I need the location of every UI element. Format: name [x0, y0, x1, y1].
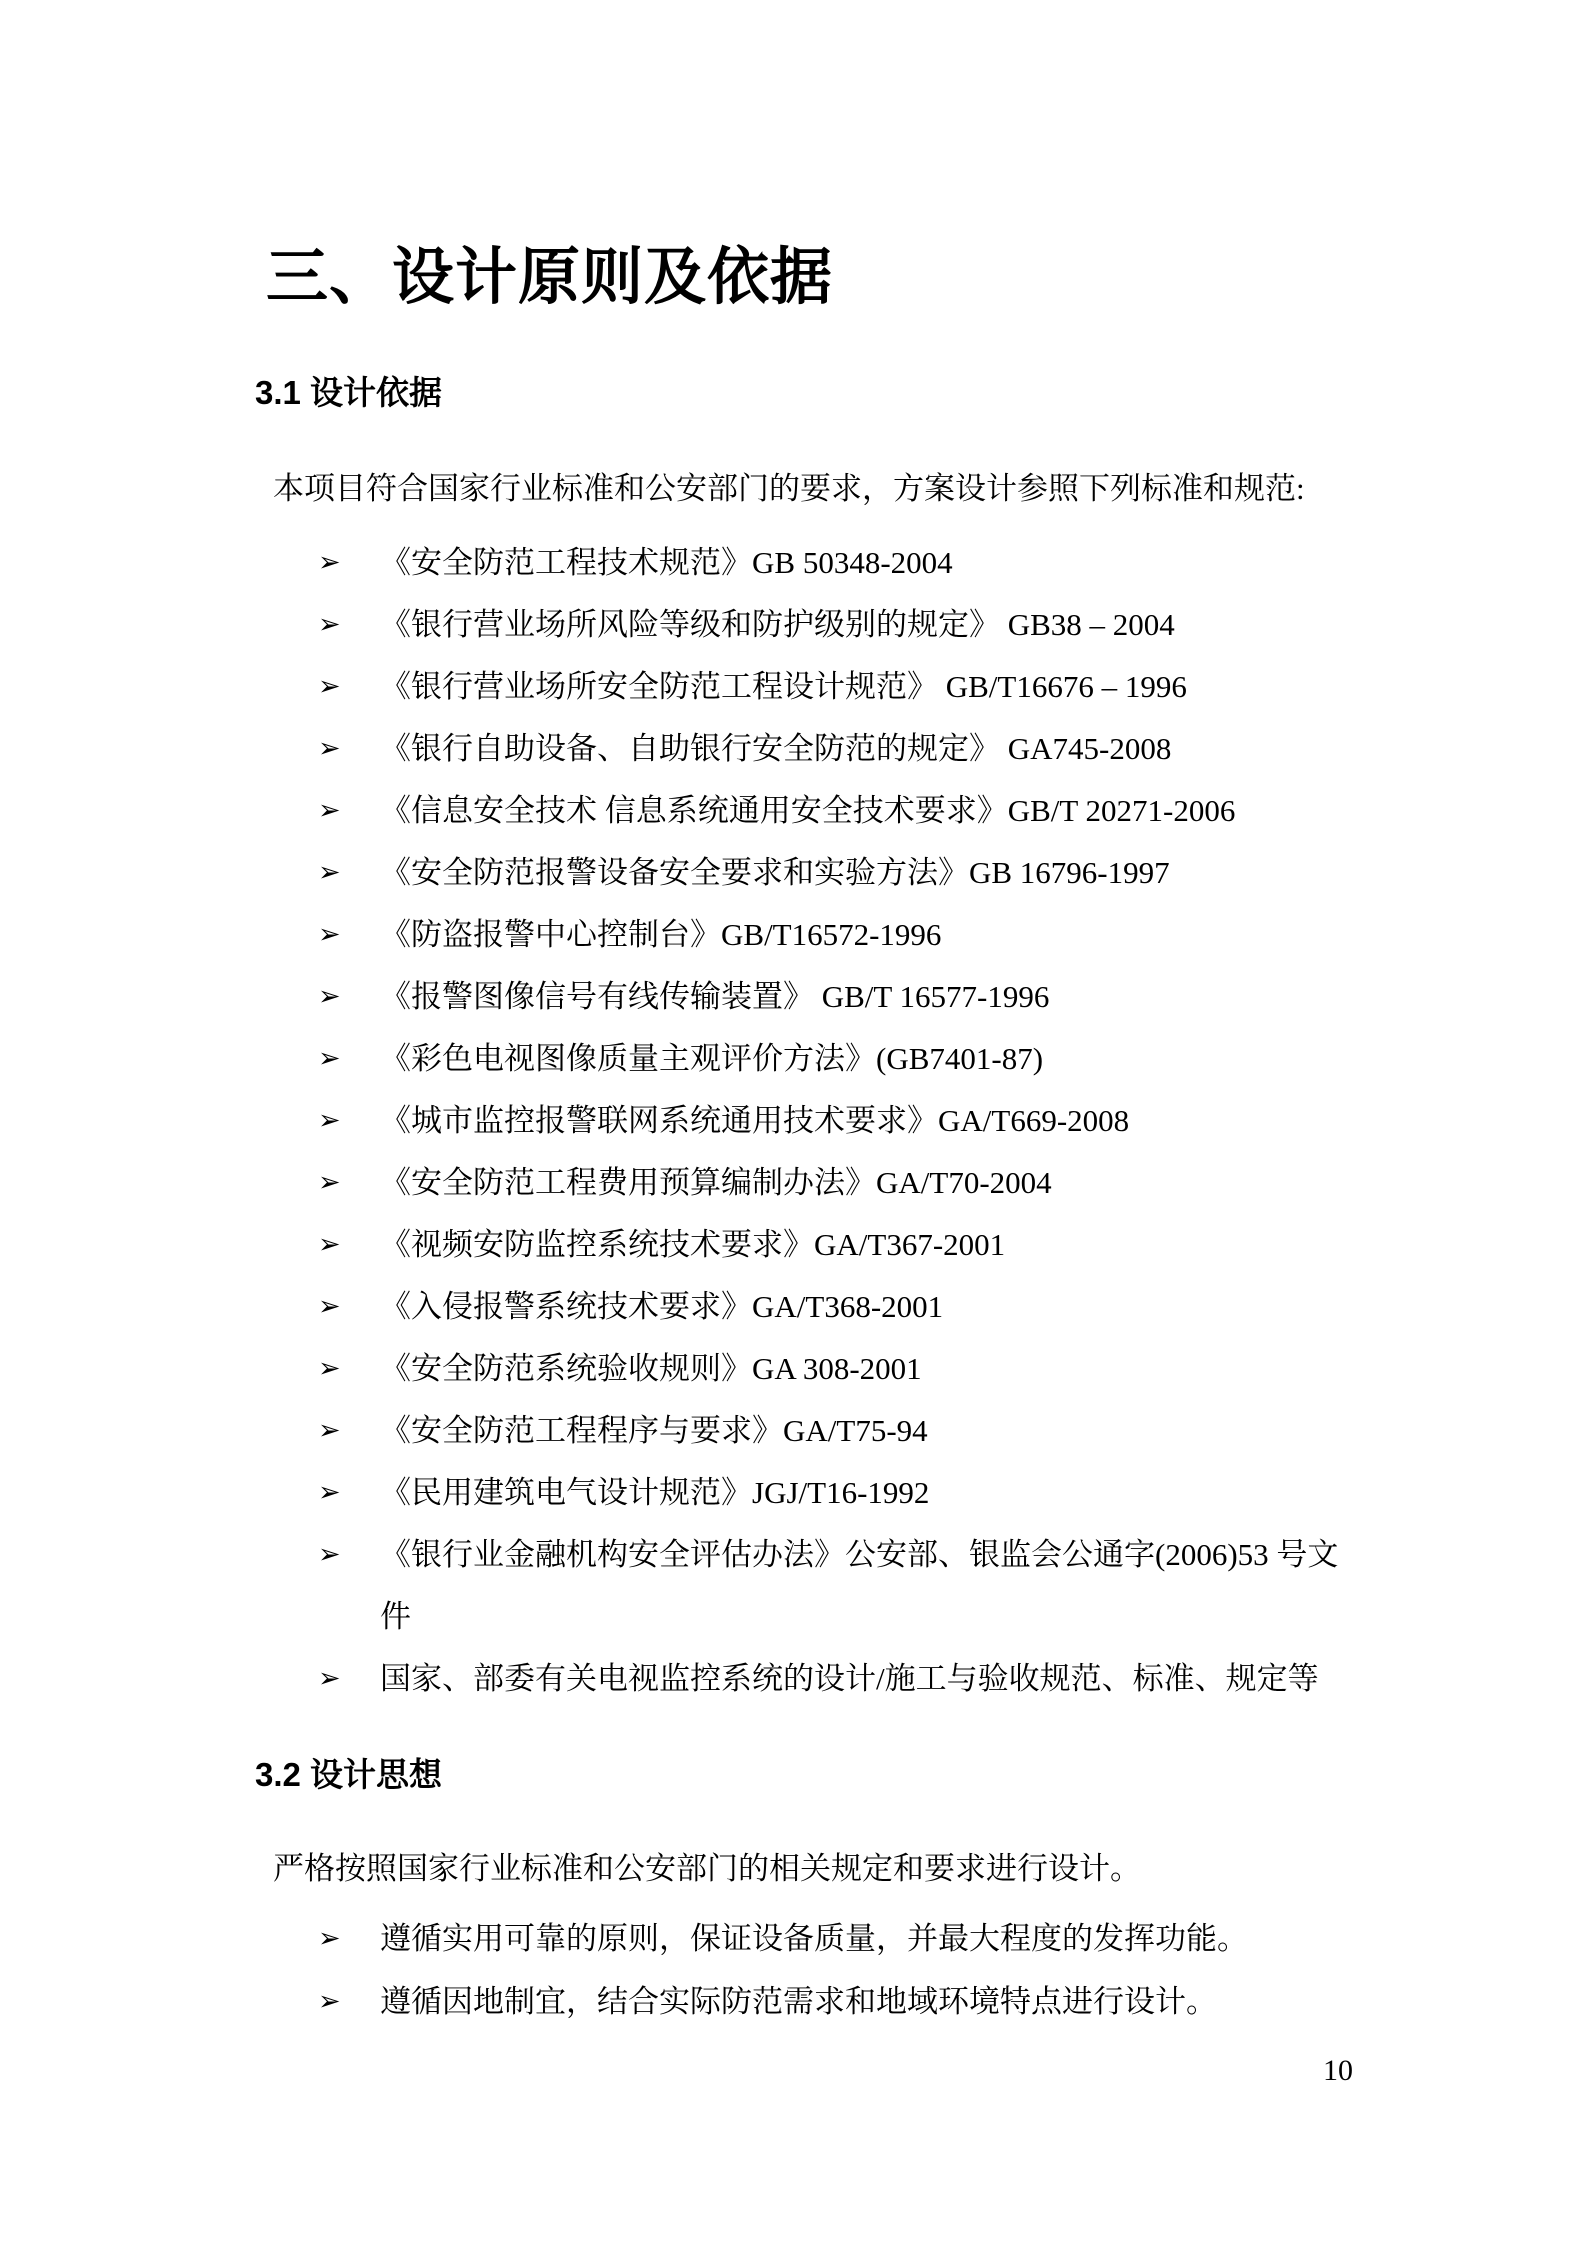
standard-reference-text: 《城市监控报警联网系统通用技术要求》GA/T669-2008: [380, 1090, 1358, 1152]
arrowhead-bullet-icon: ➢: [318, 656, 380, 718]
list-item: ➢ 《防盗报警中心控制台》GB/T16572-1996: [318, 904, 1358, 966]
list-item: ➢ 《信息安全技术 信息系统通用安全技术要求》GB/T 20271-2006: [318, 780, 1358, 842]
list-item: ➢ 《银行自助设备、自助银行安全防范的规定》 GA745-2008: [318, 718, 1358, 780]
standard-reference-text: 《视频安防监控系统技术要求》GA/T367-2001: [380, 1214, 1358, 1276]
arrowhead-bullet-icon: ➢: [318, 966, 380, 1028]
arrowhead-bullet-icon: ➢: [318, 1970, 380, 2033]
standard-reference-text: 《银行营业场所安全防范工程设计规范》 GB/T16676 – 1996: [380, 656, 1358, 718]
arrowhead-bullet-icon: ➢: [318, 1090, 380, 1152]
page-number: 10: [1323, 2053, 1353, 2089]
section-heading-3-2: 3.2 设计思想: [255, 1753, 442, 1797]
arrowhead-bullet-icon: ➢: [318, 1276, 380, 1338]
arrowhead-bullet-icon: ➢: [318, 1152, 380, 1214]
arrowhead-bullet-icon: ➢: [318, 1524, 380, 1586]
document-title: 三、设计原则及依据: [266, 242, 833, 314]
standard-reference-text: 《银行营业场所风险等级和防护级别的规定》 GB38 – 2004: [380, 594, 1358, 656]
standard-reference-text: 《安全防范工程技术规范》GB 50348-2004: [380, 532, 1358, 594]
section-heading-3-1: 3.1 设计依据: [255, 371, 442, 415]
list-item: ➢ 《安全防范报警设备安全要求和实验方法》GB 16796-1997: [318, 842, 1358, 904]
list-item: ➢ 《视频安防监控系统技术要求》GA/T367-2001: [318, 1214, 1358, 1276]
arrowhead-bullet-icon: ➢: [318, 718, 380, 780]
design-principles-list: ➢ 遵循实用可靠的原则，保证设备质量，并最大程度的发挥功能。 ➢ 遵循因地制宜，…: [318, 1907, 1418, 2033]
standard-reference-text: 《报警图像信号有线传输装置》 GB/T 16577-1996: [380, 966, 1358, 1028]
arrowhead-bullet-icon: ➢: [318, 780, 380, 842]
list-item: ➢ 《安全防范工程技术规范》GB 50348-2004: [318, 532, 1358, 594]
standard-reference-text: 《银行业金融机构安全评估办法》公安部、银监会公通字(2006)53 号文 件: [380, 1524, 1358, 1648]
standard-reference-text: 《安全防范工程费用预算编制办法》GA/T70-2004: [380, 1152, 1358, 1214]
standard-reference-text: 《民用建筑电气设计规范》JGJ/T16-1992: [380, 1462, 1358, 1524]
list-item: ➢ 《入侵报警系统技术要求》GA/T368-2001: [318, 1276, 1358, 1338]
list-item: ➢ 《城市监控报警联网系统通用技术要求》GA/T669-2008: [318, 1090, 1358, 1152]
list-item: ➢ 《银行业金融机构安全评估办法》公安部、银监会公通字(2006)53 号文 件: [318, 1524, 1358, 1648]
principle-text: 遵循实用可靠的原则，保证设备质量，并最大程度的发挥功能。: [380, 1907, 1418, 1970]
arrowhead-bullet-icon: ➢: [318, 1028, 380, 1090]
principle-text: 遵循因地制宜，结合实际防范需求和地域环境特点进行设计。: [380, 1970, 1418, 2033]
standard-reference-text: 《安全防范系统验收规则》GA 308-2001: [380, 1338, 1358, 1400]
list-item: ➢ 《安全防范系统验收规则》GA 308-2001: [318, 1338, 1358, 1400]
arrowhead-bullet-icon: ➢: [318, 532, 380, 594]
standard-reference-text: 《入侵报警系统技术要求》GA/T368-2001: [380, 1276, 1358, 1338]
arrowhead-bullet-icon: ➢: [318, 1648, 380, 1710]
arrowhead-bullet-icon: ➢: [318, 904, 380, 966]
list-item: ➢ 《银行营业场所风险等级和防护级别的规定》 GB38 – 2004: [318, 594, 1358, 656]
arrowhead-bullet-icon: ➢: [318, 594, 380, 656]
section-3-1-intro-paragraph: 本项目符合国家行业标准和公安部门的要求，方案设计参照下列标准和规范:: [211, 469, 1361, 509]
standard-reference-text: 《彩色电视图像质量主观评价方法》(GB7401-87): [380, 1028, 1358, 1090]
arrowhead-bullet-icon: ➢: [318, 1907, 380, 1970]
list-item: ➢ 《报警图像信号有线传输装置》 GB/T 16577-1996: [318, 966, 1358, 1028]
arrowhead-bullet-icon: ➢: [318, 1338, 380, 1400]
list-item: ➢ 《安全防范工程程序与要求》GA/T75-94: [318, 1400, 1358, 1462]
standard-reference-text: 《银行自助设备、自助银行安全防范的规定》 GA745-2008: [380, 718, 1358, 780]
standard-reference-text: 《安全防范工程程序与要求》GA/T75-94: [380, 1400, 1358, 1462]
standard-reference-text: 《安全防范报警设备安全要求和实验方法》GB 16796-1997: [380, 842, 1358, 904]
standard-reference-text: 《信息安全技术 信息系统通用安全技术要求》GB/T 20271-2006: [380, 780, 1358, 842]
standards-list: ➢ 《安全防范工程技术规范》GB 50348-2004 ➢ 《银行营业场所风险等…: [318, 532, 1358, 1710]
arrowhead-bullet-icon: ➢: [318, 1214, 380, 1276]
list-item: ➢ 《彩色电视图像质量主观评价方法》(GB7401-87): [318, 1028, 1358, 1090]
document-page: 三、设计原则及依据 3.1 设计依据 本项目符合国家行业标准和公安部门的要求，方…: [0, 0, 1587, 2245]
list-item: ➢ 遵循因地制宜，结合实际防范需求和地域环境特点进行设计。: [318, 1970, 1418, 2033]
list-item: ➢ 《银行营业场所安全防范工程设计规范》 GB/T16676 – 1996: [318, 656, 1358, 718]
standard-reference-text: 《防盗报警中心控制台》GB/T16572-1996: [380, 904, 1358, 966]
list-item: ➢ 《民用建筑电气设计规范》JGJ/T16-1992: [318, 1462, 1358, 1524]
arrowhead-bullet-icon: ➢: [318, 1462, 380, 1524]
section-3-2-intro-paragraph: 严格按照国家行业标准和公安部门的相关规定和要求进行设计。: [211, 1849, 1361, 1889]
list-item: ➢ 《安全防范工程费用预算编制办法》GA/T70-2004: [318, 1152, 1358, 1214]
standard-reference-text: 国家、部委有关电视监控系统的设计/施工与验收规范、标准、规定等: [380, 1648, 1358, 1710]
arrowhead-bullet-icon: ➢: [318, 842, 380, 904]
list-item: ➢ 国家、部委有关电视监控系统的设计/施工与验收规范、标准、规定等: [318, 1648, 1358, 1710]
arrowhead-bullet-icon: ➢: [318, 1400, 380, 1462]
list-item: ➢ 遵循实用可靠的原则，保证设备质量，并最大程度的发挥功能。: [318, 1907, 1418, 1970]
